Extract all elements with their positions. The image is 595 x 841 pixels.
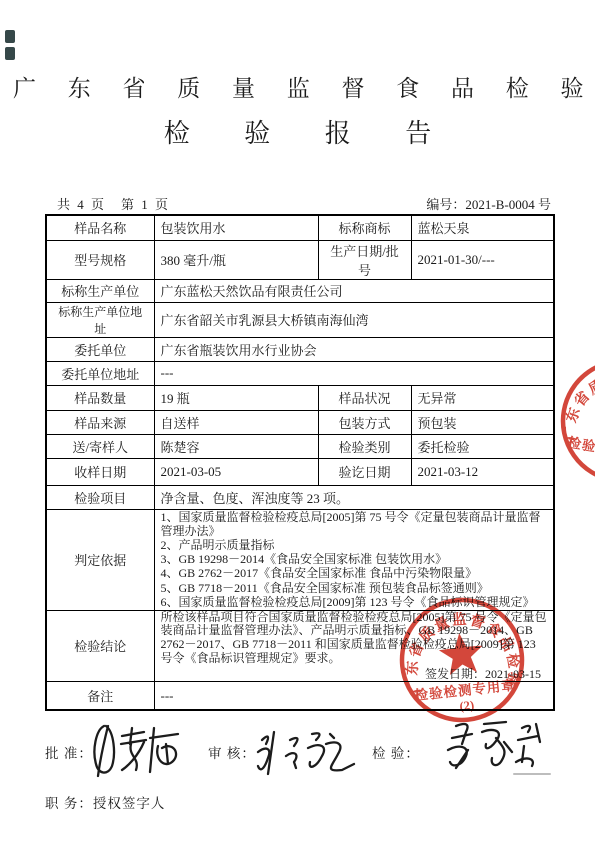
basis-item: 6、国家质量监督检验检疫总局[2009]第 123 号令《食品标识管理规定》: [161, 595, 548, 609]
svg-text:广东省质量监督食品检验站: 广东省质量监督食品检验站: [549, 347, 595, 467]
table-row-conclusion: 检验结论 所检该样品项目符合国家质量监督检验检疫总局[2005]第 75 号令《…: [46, 610, 554, 681]
field-label: 型号规格: [46, 240, 154, 279]
field-value: ---: [154, 361, 554, 385]
review-signature: [250, 726, 358, 781]
field-value: ---: [154, 681, 554, 710]
field-value: 陈楚容: [154, 434, 318, 458]
field-label: 检验类别: [318, 434, 411, 458]
page-count: 共 4 页 第 1 页: [57, 194, 170, 213]
test-signature: [438, 716, 556, 778]
test-label: 检 验：: [372, 742, 420, 762]
field-label: 标称生产单位地址: [46, 302, 154, 337]
field-label: 委托单位: [46, 337, 154, 361]
seal-arc-text: 广东省质量监督食品检验站: [549, 347, 595, 467]
field-value: 广东蓝松天然饮品有限责任公司: [154, 279, 554, 302]
basis-item: 5、GB 7718－2011《食品安全国家标准 预包装食品标签通则》: [161, 581, 548, 595]
field-label: 样品状况: [318, 385, 411, 410]
table-row: 检验项目 净含量、色度、浑浊度等 23 项。: [46, 485, 554, 509]
field-label: 判定依据: [46, 509, 154, 610]
table-row: 样品数量 19 瓶 样品状况 无异常: [46, 385, 554, 410]
meta-row: 共 4 页 第 1 页 编号：2021-B-0004 号: [45, 195, 553, 213]
table-row: 收样日期 2021-03-05 验讫日期 2021-03-12: [46, 458, 554, 485]
field-value: 净含量、色度、浑浊度等 23 项。: [154, 485, 554, 509]
seal-title-text: 检验检测专用章: [566, 434, 595, 467]
field-value: 广东省韶关市乳源县大桥镇南海仙湾: [154, 302, 554, 337]
table-row: 委托单位地址 ---: [46, 361, 554, 385]
table-row: 备注 ---: [46, 681, 554, 710]
field-value: 380 毫升/瓶: [154, 240, 318, 279]
report-title: 检 验 报 告: [0, 113, 595, 150]
report-number: 编号：2021-B-0004 号: [426, 194, 551, 213]
approve-signature: [88, 720, 188, 782]
table-row: 型号规格 380 毫升/瓶 生产日期/批号 2021-01-30/---: [46, 240, 554, 279]
field-label: 委托单位地址: [46, 361, 154, 385]
field-label: 备注: [46, 681, 154, 710]
judgment-basis-list: 1、国家质量监督检验检疫总局[2005]第 75 号令《定量包装商品计量监督管理…: [154, 509, 554, 610]
field-label: 生产日期/批号: [318, 240, 411, 279]
field-value: 19 瓶: [154, 385, 318, 410]
official-seal-partial-icon: 广东省质量监督食品检验站 检验检测专用章 (2): [549, 347, 595, 495]
table-row: 样品名称 包装饮用水 标称商标 蓝松天泉: [46, 215, 554, 240]
conclusion-text: 所检该样品项目符合国家质量监督检验检疫总局[2005]第 75 号令《定量包装商…: [161, 611, 548, 666]
table-row: 标称生产单位 广东蓝松天然饮品有限责任公司: [46, 279, 554, 302]
field-value: 2021-03-05: [154, 458, 318, 485]
table-row: 标称生产单位地址 广东省韶关市乳源县大桥镇南海仙湾: [46, 302, 554, 337]
basis-item: 3、GB 19298－2014《食品安全国家标准 包装饮用水》: [161, 552, 548, 566]
organization-title: 广 东 省 质 量 监 督 食 品 检 验 站: [0, 70, 595, 103]
table-row: 送/寄样人 陈楚容 检验类别 委托检验: [46, 434, 554, 458]
field-label: 包装方式: [318, 410, 411, 434]
review-label: 审 核：: [208, 742, 256, 762]
field-label: 送/寄样人: [46, 434, 154, 458]
basis-item: 1、国家质量监督检验检疫总局[2005]第 75 号令《定量包装商品计量监督管理…: [161, 510, 548, 538]
field-value: 包装饮用水: [154, 215, 318, 240]
signature-strokes: [438, 716, 556, 778]
report-table: 样品名称 包装饮用水 标称商标 蓝松天泉 型号规格 380 毫升/瓶 生产日期/…: [45, 214, 555, 711]
field-label: 标称生产单位: [46, 279, 154, 302]
field-value: 2021-03-12: [411, 458, 554, 485]
issue-date: 签发日期：2021-03-15: [161, 667, 548, 681]
table-row: 委托单位 广东省瓶装饮用水行业协会: [46, 337, 554, 361]
field-value: 委托检验: [411, 434, 554, 458]
scan-artifact-mark: [5, 30, 15, 43]
scan-artifact-mark: [5, 47, 15, 60]
field-label: 样品名称: [46, 215, 154, 240]
approve-label: 批 准：: [45, 742, 93, 762]
basis-item: 4、GB 2762－2017《食品安全国家标准 食品中污染物限量》: [161, 566, 548, 580]
signature-strokes: [88, 720, 188, 782]
field-label: 收样日期: [46, 458, 154, 485]
field-value: 广东省瓶装饮用水行业协会: [154, 337, 554, 361]
signature-strokes: [250, 726, 358, 781]
table-row-judgment-basis: 判定依据 1、国家质量监督检验检疫总局[2005]第 75 号令《定量包装商品计…: [46, 509, 554, 610]
field-label: 验讫日期: [318, 458, 411, 485]
job-title-line: 职 务：授权签字人: [45, 792, 165, 812]
inspection-report-page: 广 东 省 质 量 监 督 食 品 检 验 站 检 验 报 告 共 4 页 第 …: [0, 0, 595, 841]
field-label: 检验结论: [46, 610, 154, 681]
field-value: 2021-01-30/---: [411, 240, 554, 279]
basis-item: 2、产品明示质量指标: [161, 538, 548, 552]
field-label: 样品数量: [46, 385, 154, 410]
field-label: 检验项目: [46, 485, 154, 509]
field-label: 标称商标: [318, 215, 411, 240]
table-row: 样品来源 自送样 包装方式 预包装: [46, 410, 554, 434]
field-value: 蓝松天泉: [411, 215, 554, 240]
conclusion-cell: 所检该样品项目符合国家质量监督检验检疫总局[2005]第 75 号令《定量包装商…: [154, 610, 554, 681]
field-value: 无异常: [411, 385, 554, 410]
field-label: 样品来源: [46, 410, 154, 434]
field-value: 预包装: [411, 410, 554, 434]
field-value: 自送样: [154, 410, 318, 434]
